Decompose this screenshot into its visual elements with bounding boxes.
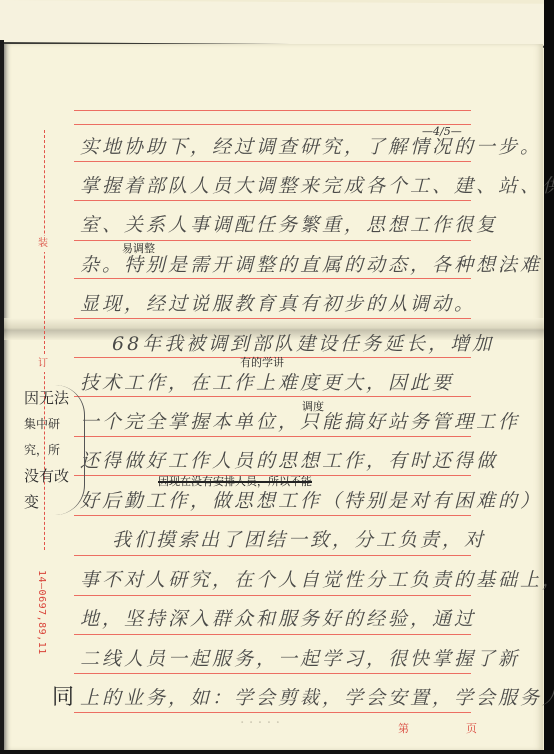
manuscript-line: 还得做好工作人员的思想工作，有时还得做 [80, 446, 510, 472]
manuscript-line: 地，坚持深入群众和服务好的经验，通过 [80, 604, 510, 630]
side-note-line: 集中研究，所 [24, 411, 80, 463]
ruled-line [74, 712, 471, 713]
ruled-line [74, 278, 471, 279]
manuscript-line: 事不对人研究，在个人自觉性分工负责的基础上，深入到基 [80, 565, 510, 591]
interlinear-annotation: 有的学讲 [240, 354, 284, 370]
manuscript-line: 室、关系人事调配任务繁重，思想工作很复 [80, 210, 510, 236]
interlinear-annotation: 调度 [302, 398, 324, 414]
binding-label-ding: 订 [38, 356, 48, 372]
manuscript-line: 68年我被调到部队建设任务延长，增加 [112, 329, 542, 355]
margin-insert-char: 同 [52, 680, 74, 711]
ruled-line [74, 595, 471, 596]
ruled-line [74, 318, 471, 319]
ruled-line [74, 124, 471, 125]
ruled-line [74, 110, 471, 111]
scan-left-edge [0, 40, 4, 754]
ruled-line [74, 555, 471, 556]
manuscript-line: 上的业务，如：学会剪裁，学会安置，学会服务人 [80, 683, 510, 709]
side-note-line: 因无法 [24, 385, 80, 411]
manuscript-line: 二线人员一起服务，一起学习，很快掌握了新 [80, 644, 510, 670]
ruled-line [74, 396, 471, 397]
interlinear-annotation: 易调整 [122, 240, 155, 256]
manuscript-line: 一个完全掌握本单位，只能搞好站务管理工作 [80, 407, 510, 433]
ruled-line [74, 634, 471, 635]
manuscript-line: 显现，经过说服教育真有初步的从调动。 [80, 289, 510, 315]
margin-side-note: 因无法 集中研究，所 没有改变 [24, 385, 85, 515]
manuscript-line: 技术工作，在工作上难度更大，因此要 [80, 368, 510, 394]
ruled-line [74, 515, 471, 516]
scan-right-edge [544, 0, 554, 754]
ruled-line [74, 436, 471, 437]
side-note-line: 没有改变 [24, 463, 80, 515]
paper-serial-number: 14—0697,89,11 [36, 570, 47, 655]
footer-page-label-left: 第 [398, 720, 409, 736]
bleed-through-text: · · · · · [240, 715, 280, 731]
footer-page-label-right: 页 [466, 720, 477, 736]
manuscript-line: 好后勤工作，做思想工作（特别是对有困难的） [80, 486, 510, 512]
scan-bottom-edge [0, 750, 554, 754]
top-sheet-edge [0, 0, 545, 48]
manuscript-line: 实地协助下，经过调查研究，了解情况的一步。 [80, 132, 510, 158]
binding-label-zhuang: 装 [38, 236, 48, 252]
ruled-line [74, 673, 471, 674]
struck-annotation: 因现在没有安排人员，所以不能 [158, 473, 312, 489]
ruled-line [74, 161, 471, 162]
ruled-line [74, 200, 471, 201]
manuscript-line: 掌握着部队人员大调整来完成各个工、建、站、供、 [80, 171, 510, 197]
manuscript-line: 我们摸索出了团结一致，分工负责，对 [112, 525, 542, 551]
